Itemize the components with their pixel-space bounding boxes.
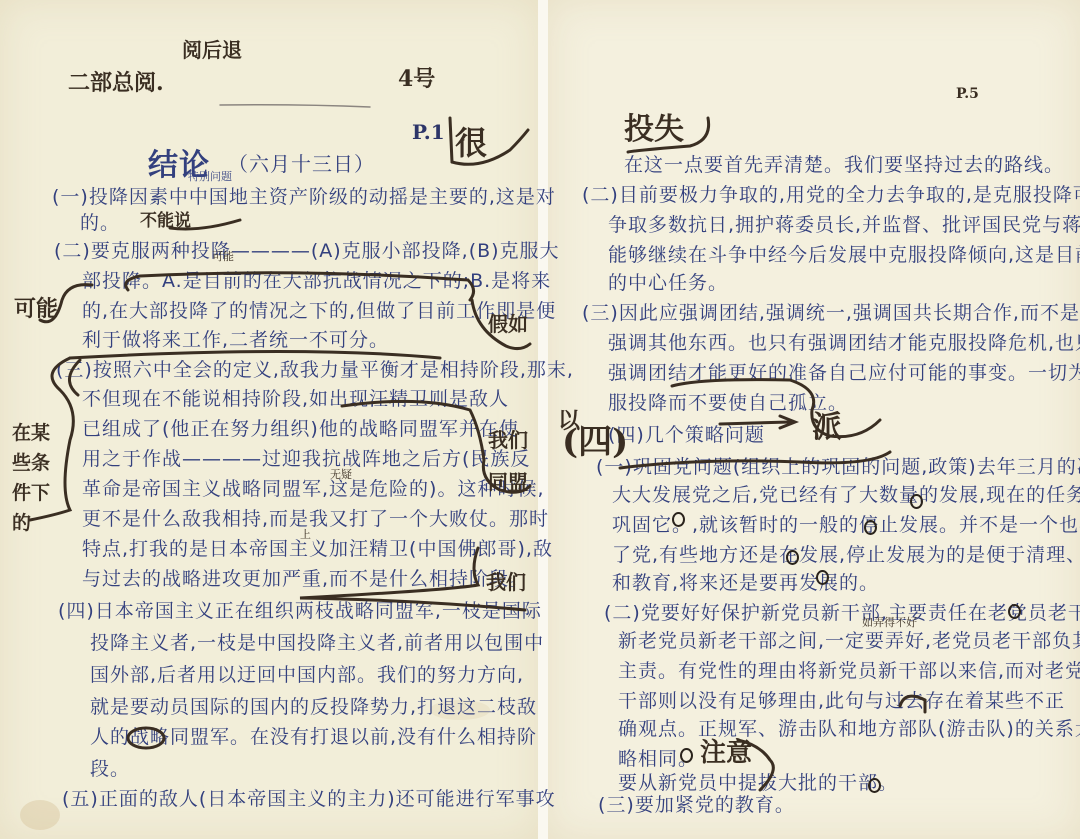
- paper-stain: [20, 800, 60, 830]
- left-line: 人的战略同盟军。在没有打退以前,没有什么相持阶: [90, 722, 537, 749]
- right-line: (一)巩固党问题(组织上的巩固的问题,政策)去年三月的决定: [596, 452, 1080, 479]
- margin-annotation: 我们: [488, 424, 528, 453]
- margin-annotation: 同盟: [488, 466, 528, 495]
- page-mark: P.1: [412, 120, 445, 144]
- left-line: 特点,打我的是日本帝国主义加汪精卫(中国佛郎哥),敌: [82, 534, 553, 561]
- left-line: (二)要克服两种投降————(A)克服小部投降,(B)克服大: [54, 236, 560, 263]
- right-line: 干部则以没有足够理由,此句与过去存在着某些不正: [618, 686, 1065, 713]
- document-date: （六月十三日）: [228, 148, 375, 177]
- left-line: 利于做将来工作,二者统一不可分。: [82, 325, 389, 352]
- pen-circle-mark: [864, 520, 877, 535]
- right-line: 新老党员新老干部之间,一定要弄好,老党员老干部负其: [618, 626, 1080, 653]
- right-line: (三)要加紧党的教育。: [598, 790, 795, 817]
- left-line: 就是要动员国际的国内的反投降势力,打退这二枝敌: [90, 692, 537, 719]
- right-line: 在这一点要首先弄清楚。我们要坚持过去的路线。: [624, 150, 1064, 177]
- pen-circle-mark: [868, 778, 881, 793]
- pen-circle-mark: [786, 550, 799, 565]
- margin-annotation: 假如: [488, 308, 528, 337]
- pen-circle-mark: [672, 512, 685, 527]
- right-line: 的中心任务。: [608, 268, 728, 295]
- right-line: (三)因此应强调团结,强调统一,强调国共长期合作,而不是: [582, 298, 1080, 325]
- margin-annotation: 可能: [14, 292, 58, 323]
- pen-circle-mark: [1008, 604, 1021, 619]
- right-line: (四)几个策略问题: [608, 420, 765, 447]
- inline-insert: 无疑: [330, 466, 352, 482]
- left-line: (三)按照六中全会的定义,敌我力量平衡才是相持阶段,那末,: [56, 355, 574, 382]
- left-line: (一)投降因素中中国地主资产阶级的动摇是主要的,这是对: [52, 182, 556, 209]
- section-label: (四): [562, 414, 628, 463]
- bottom-note: 注意: [700, 732, 752, 769]
- right-line: 和教育,将来还是要再发展的。: [612, 568, 879, 595]
- left-line: (四)日本帝国主义正在组织两枝战略同盟军,一枝是国际: [58, 596, 542, 623]
- pen-circle-mark: [816, 570, 829, 585]
- left-line: 已组成了(他正在努力组织)他的战略同盟军并在使: [82, 414, 519, 441]
- recipient-note: 二部总阅.: [68, 66, 164, 97]
- left-line: 的,在大部投降了的情况之下的,但做了目前工作即是便: [82, 296, 556, 323]
- margin-annotation: 不能说: [140, 206, 191, 231]
- right-line: 确观点。正规军、游击队和地方部队(游击队)的关系大: [618, 714, 1080, 741]
- left-line: 与过去的战略进攻更加严重,而不是什么相持阶段。: [82, 564, 529, 591]
- right-line: 强调其他东西。也只有强调团结才能克服投降危机,也只有: [608, 328, 1080, 355]
- inline-insert: 可能: [212, 248, 234, 264]
- pen-circle-mark: [680, 748, 693, 763]
- top-note: 阅后退: [182, 34, 242, 63]
- right-line: 主责。有党性的理由将新党员新干部以来信,而对老党员老: [618, 656, 1080, 683]
- inline-insert: 如弄得不好: [862, 614, 917, 630]
- left-line: 段。: [90, 754, 130, 781]
- right-line: (二)目前要极力争取的,用党的全力去争取的,是克服投降可能,: [582, 180, 1080, 207]
- left-line: 国外部,后者用以迂回中国内部。我们的努力方向,: [90, 660, 524, 687]
- section-title: 投失: [624, 104, 684, 148]
- left-line: 部投降。A.是目前的在大部抗战情况之下的;B.是将来: [82, 266, 551, 293]
- pen-circle-mark: [910, 494, 923, 509]
- margin-mark: 很: [455, 118, 487, 164]
- right-line: 了党,有些地方还是在发展,停止发展为的是便于清理、除奸: [612, 540, 1080, 567]
- left-line: 投降主义者,一枝是中国投降主义者,前者用以包围中: [90, 628, 544, 655]
- left-line: 革命是帝国主义战略同盟军,这是危险的)。这种时候,: [82, 474, 545, 501]
- right-line: 大大发展党之后,党已经有了大数量的发展,现在的任务是: [612, 480, 1080, 507]
- number-mark: 4号: [398, 62, 435, 93]
- left-line: 的。: [80, 208, 120, 235]
- margin-annotation: 在某些条件下的: [12, 418, 62, 538]
- right-line: 强调团结才能更好的准备自己应付可能的事变。一切为了克: [608, 358, 1080, 385]
- right-line: 争取多数抗日,拥护蒋委员长,并监督、批评国民党与蒋之: [608, 210, 1080, 237]
- page-gutter: [538, 0, 548, 839]
- left-line: 用之于作战————过迎我抗战阵地之后方(民族反: [82, 444, 530, 471]
- arrow-target-note: 派: [812, 402, 842, 446]
- page-mark: P.5: [956, 86, 979, 102]
- right-line: 能够继续在斗争中经今后发展中克服投降倾向,这是目前: [608, 240, 1080, 267]
- left-line: 不但现在不能说相持阶段,如出现汪精卫则是敌人: [82, 384, 509, 411]
- left-line: (五)正面的敌人(日本帝国主义的主力)还可能进行军事攻: [62, 784, 556, 811]
- left-line: 更不是什么敌我相持,而是我又打了一个大败仗。那时: [82, 504, 549, 531]
- margin-annotation: 我们: [486, 566, 526, 595]
- inline-insert: 上: [300, 526, 311, 542]
